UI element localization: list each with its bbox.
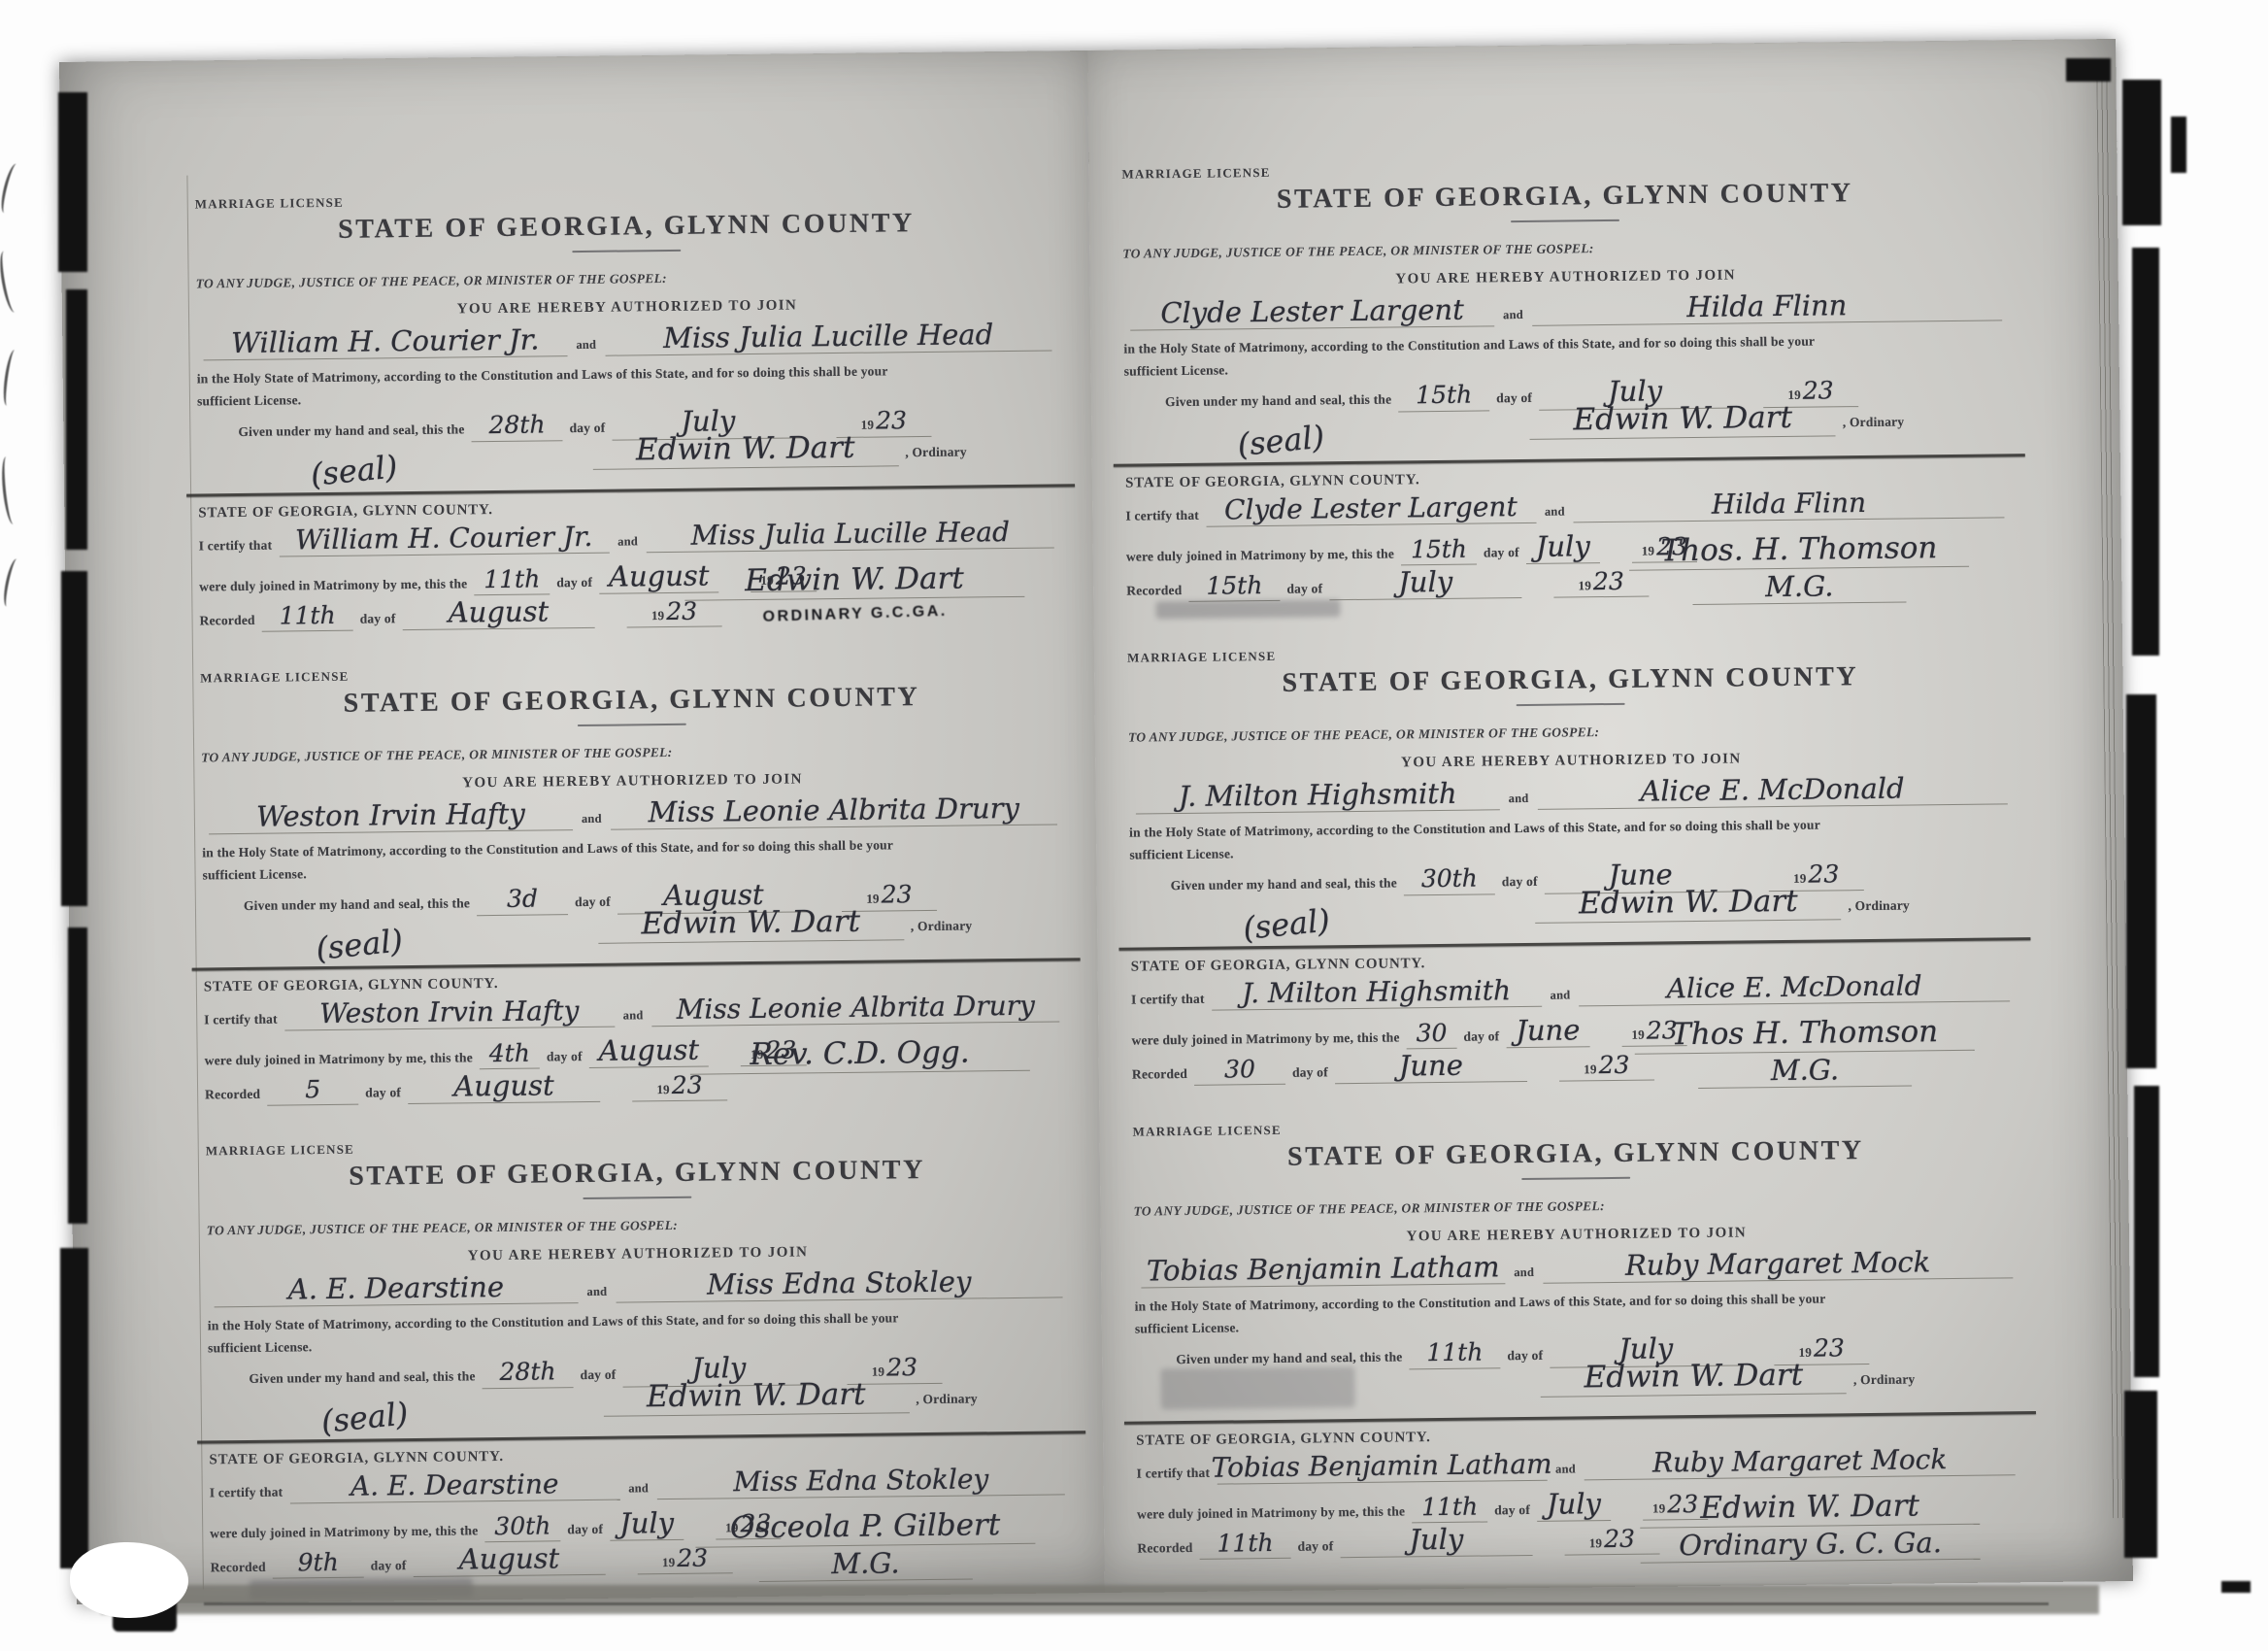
and-label: and: [1509, 792, 1529, 806]
certification-heading: STATE OF GEORGIA, GLYNN COUNTY.: [1136, 1430, 1431, 1449]
recorded-line: Recorded 30 day of June 1923: [1132, 1048, 1682, 1087]
cert-bride-name: Miss Julia Lucille Head: [690, 518, 1010, 550]
faded-stamp: [1160, 1366, 1354, 1409]
scanned-register-canvas: 282 283 MARRIAGE LICENSE STATE OF GEORGI…: [0, 0, 2268, 1651]
i-certify-label: I certify that: [1131, 992, 1205, 1008]
i-certify-label: I certify that: [199, 538, 273, 555]
officiant-signature-block: Thos H. Thomson M.G.: [1610, 1015, 2000, 1090]
marriage-month-blank: July: [1537, 1489, 1611, 1522]
groom-name-blank: J. Milton Highsmith: [1136, 778, 1500, 815]
groom-name-blank: William H. Courier Jr.: [203, 324, 567, 361]
scan-artifact: [0, 250, 21, 314]
ordinary-signature: Edwin W. Dart: [636, 432, 855, 466]
seal-mark: (seal): [315, 925, 405, 965]
scan-artifact: [61, 571, 87, 906]
recorded-day-blank: 15th: [1188, 573, 1280, 602]
cert-groom-blank: Tobias Benjamin Latham: [1217, 1450, 1547, 1485]
recorded-month: August: [453, 1070, 554, 1101]
license-day-blank: 3d: [477, 887, 568, 916]
state-heading: STATE OF GEORGIA, GLYNN COUNTY: [1122, 176, 2008, 217]
seal-mark: (seal): [1242, 904, 1332, 945]
groom-name: Tobias Benjamin Latham: [1147, 1252, 1500, 1286]
year-prefix: 19: [1584, 1061, 1597, 1077]
scan-artifact: [0, 162, 22, 215]
cert-groom-name: A. E. Dearstine: [350, 1469, 559, 1500]
addressee-line: TO ANY JUDGE, JUSTICE OF THE PEACE, OR M…: [207, 1213, 1069, 1238]
scan-artifact: [2134, 1086, 2159, 1377]
cert-bride-blank: Miss Julia Lucille Head: [647, 517, 1054, 553]
joined-label: were duly joined in Matrimony by me, thi…: [1137, 1503, 1405, 1522]
certify-line: I certify that J. Milton Highsmith and A…: [1131, 970, 2017, 1012]
officiant-blank: Edwin W. Dart: [684, 562, 1024, 601]
groom-name: Weston Irvin Hafty: [256, 799, 525, 832]
scan-artifact: [2124, 1391, 2157, 1558]
cert-bride-name: Alice E. McDonald: [1667, 971, 1922, 1002]
day-of-label: day of: [365, 1085, 401, 1100]
year-prefix: 19: [1579, 578, 1592, 593]
i-certify-label: I certify that: [204, 1012, 278, 1028]
joined-label: were duly joined in Matrimony by me, thi…: [1126, 546, 1394, 564]
officiant-signature: Rev. C.D. Ogg.: [750, 1036, 969, 1070]
marriage-day-blank: 30: [1406, 1021, 1456, 1050]
scan-artifact: [101, 1585, 2099, 1614]
groom-name: A. E. Dearstine: [288, 1272, 505, 1304]
given-under-label: Given under my hand and seal, this the: [244, 896, 470, 915]
seal-mark: (seal): [319, 1398, 410, 1438]
addressee-line: TO ANY JUDGE, JUSTICE OF THE PEACE, OR M…: [196, 266, 1058, 291]
groom-name-blank: A. E. Dearstine: [214, 1271, 578, 1308]
joined-label: were duly joined in Matrimony by me, thi…: [1131, 1029, 1399, 1048]
i-certify-label: I certify that: [1125, 508, 1199, 524]
ordinary-label: , Ordinary: [911, 918, 973, 934]
scan-artifact: [2171, 117, 2186, 173]
day-of-label: day of: [547, 1049, 583, 1064]
matrimony-clause: in the Holy State of Matrimony, accordin…: [1123, 332, 2009, 357]
officiant-title-blank: Ordinary G. C. Ga.: [1640, 1527, 1980, 1563]
state-heading: STATE OF GEORGIA, GLYNN COUNTY: [206, 1153, 1068, 1194]
license-day: 15th: [1416, 383, 1472, 409]
cert-groom-blank: A. E. Dearstine: [289, 1469, 619, 1504]
day-of-label: day of: [1286, 581, 1322, 596]
officiant-title-blank: M.G.: [1698, 1054, 1912, 1089]
license-day: 28th: [488, 413, 545, 439]
page-edge-lines: [2096, 68, 2126, 1518]
heading-flourish: [583, 1196, 691, 1199]
authorization-line: YOU ARE HEREBY AUTHORIZED TO JOIN: [196, 294, 1058, 320]
scan-artifact: [2132, 248, 2159, 656]
license-day-blank: 15th: [1398, 383, 1489, 412]
and-label: and: [576, 338, 596, 353]
recorded-month-blank: August: [413, 1543, 605, 1578]
cert-bride-blank: Hilda Flinn: [1573, 487, 2004, 522]
recorded-month-blank: July: [1340, 1524, 1532, 1559]
cert-groom-name: William H. Courier Jr.: [295, 522, 593, 555]
officiant-blank: Rev. C.D. Ogg.: [689, 1036, 1029, 1075]
bride-name-blank: Ruby Margaret Mock: [1543, 1246, 2014, 1284]
recorded-line: Recorded 9th day of August 1923: [210, 1541, 745, 1580]
cert-bride-blank: Alice E. McDonald: [1579, 970, 2010, 1006]
bride-name: Miss Julia Lucille Head: [663, 320, 993, 353]
marriage-month-blank: June: [1506, 1015, 1590, 1048]
certify-line: I certify that Clyde Lester Largent and …: [1125, 487, 2011, 528]
recorded-label: Recorded: [211, 1560, 266, 1576]
marriage-license-form: MARRIAGE LICENSE STATE OF GEORGIA, GLYNN…: [1121, 156, 2012, 634]
recorded-month: August: [449, 596, 550, 627]
couple-names-line: A. E. Dearstine and Miss Edna Stokley: [207, 1265, 1069, 1308]
cert-bride-name: Ruby Margaret Mock: [1652, 1445, 1948, 1477]
officiant-title-blank: M.G.: [758, 1547, 972, 1582]
recorded-label: Recorded: [1137, 1540, 1192, 1557]
day-of-label: day of: [360, 611, 396, 626]
scan-artifact: [0, 455, 20, 524]
ordinary-signature-line: Edwin W. Dart , Ordinary: [596, 1377, 978, 1416]
license-day-blank: 28th: [482, 1360, 573, 1389]
certify-line: I certify that Weston Irvin Hafty and Mi…: [204, 991, 1066, 1031]
recorded-month-blank: August: [408, 1070, 600, 1105]
couple-names-line: Tobias Benjamin Latham and Ruby Margaret…: [1134, 1246, 2019, 1289]
marriage-month-blank: July: [1526, 531, 1600, 564]
scan-artifact: [60, 1248, 88, 1568]
recorded-month: June: [1399, 1051, 1463, 1081]
license-day: 28th: [499, 1360, 555, 1386]
authorization-line: YOU ARE HEREBY AUTHORIZED TO JOIN: [207, 1241, 1069, 1267]
seal-mark: (seal): [1236, 421, 1326, 461]
recorded-line: Recorded 11th day of July 1923: [1137, 1522, 1686, 1561]
signature-blank: Edwin W. Dart: [603, 1378, 909, 1416]
license-day-blank: 28th: [471, 413, 562, 442]
bride-name: Miss Leonie Albrita Drury: [648, 793, 1019, 827]
officiant-blank: Thos H. Thomson: [1634, 1016, 1974, 1055]
marriage-day-blank: 30th: [484, 1513, 560, 1542]
cert-bride-name: Miss Leonie Albrita Drury: [677, 992, 1035, 1025]
i-certify-label: I certify that: [210, 1485, 283, 1501]
matrimony-clause: in the Holy State of Matrimony, accordin…: [1135, 1290, 2020, 1315]
license-day: 30th: [1421, 866, 1478, 893]
section-divider: [1124, 1411, 2036, 1425]
cert-groom-name: J. Milton Highsmith: [1242, 976, 1511, 1008]
recorded-line: Recorded 5 day of August 1923: [205, 1068, 740, 1107]
matrimony-clause: in the Holy State of Matrimony, accordin…: [1129, 816, 2015, 841]
day-of-label: day of: [567, 1522, 603, 1537]
certification-heading: STATE OF GEORGIA, GLYNN COUNTY.: [1125, 472, 1420, 491]
marriage-license-form: MARRIAGE LICENSE STATE OF GEORGIA, GLYNN…: [206, 1133, 1073, 1611]
given-under-label: Given under my hand and seal, this the: [1176, 1350, 1402, 1368]
ordinary-signature: Edwin W. Dart: [1573, 402, 1792, 436]
ordinary-signature-line: Edwin W. Dart , Ordinary: [1523, 401, 1905, 440]
marriage-day-blank: 15th: [1401, 537, 1477, 566]
ordinary-signature-line: Edwin W. Dart , Ordinary: [591, 904, 973, 943]
cert-groom-blank: Weston Irvin Hafty: [284, 996, 615, 1031]
recorded-label: Recorded: [205, 1087, 260, 1103]
scan-artifact: [1, 349, 20, 406]
authorization-line: YOU ARE HEREBY AUTHORIZED TO JOIN: [201, 768, 1063, 794]
groom-name: Clyde Lester Largent: [1160, 295, 1464, 328]
marriage-day: 30th: [494, 1513, 550, 1539]
heading-flourish: [1511, 219, 1619, 222]
signature-blank: Edwin W. Dart: [598, 905, 904, 943]
certification-heading: STATE OF GEORGIA, GLYNN COUNTY.: [204, 976, 499, 995]
scan-artifact: [70, 1542, 188, 1618]
addressee-line: TO ANY JUDGE, JUSTICE OF THE PEACE, OR M…: [201, 740, 1063, 765]
groom-name-blank: Tobias Benjamin Latham: [1141, 1252, 1505, 1289]
heading-flourish: [572, 250, 681, 253]
state-heading: STATE OF GEORGIA, GLYNN COUNTY: [1133, 1133, 2018, 1174]
bride-name: Hilda Flinn: [1686, 290, 1847, 321]
recorded-day: 11th: [280, 603, 336, 629]
bride-name: Miss Edna Stokley: [707, 1266, 972, 1299]
certify-line: I certify that A. E. Dearstine and Miss …: [210, 1464, 1072, 1504]
officiant-blank: Thos. H. Thomson: [1629, 532, 1969, 571]
state-heading: STATE OF GEORGIA, GLYNN COUNTY: [1127, 659, 2013, 700]
marriage-month: June: [1516, 1015, 1580, 1045]
marriage-day-blank: 4th: [480, 1041, 540, 1070]
ordinary-label: , Ordinary: [905, 444, 967, 460]
authorization-line: YOU ARE HEREBY AUTHORIZED TO JOIN: [1134, 1222, 2019, 1248]
bride-name-blank: Miss Leonie Albrita Drury: [610, 792, 1057, 830]
joined-line: were duly joined in Matrimony by me, thi…: [1137, 1488, 1686, 1527]
marriage-day-blank: 11th: [1412, 1494, 1487, 1523]
bride-name-blank: Miss Edna Stokley: [616, 1265, 1063, 1303]
officiant-signature: Edwin W. Dart: [745, 563, 964, 597]
officiant-signature: Thos H. Thomson: [1671, 1016, 1938, 1051]
given-under-label: Given under my hand and seal, this the: [249, 1369, 475, 1388]
day-of-label: day of: [371, 1558, 407, 1573]
ordinary-label: , Ordinary: [1848, 898, 1910, 915]
ordinary-label: , Ordinary: [1843, 415, 1905, 431]
cert-groom-name: Weston Irvin Hafty: [319, 996, 580, 1028]
scan-artifact: [2126, 694, 2156, 1068]
year-prefix: 19: [1589, 1535, 1603, 1551]
recorded-month: August: [459, 1543, 560, 1574]
ordinary-signature-line: Edwin W. Dart , Ordinary: [1528, 885, 1910, 924]
ordinary-signature-line: Edwin W. Dart , Ordinary: [585, 430, 967, 469]
ordinary-label: , Ordinary: [1853, 1371, 1916, 1388]
marriage-month: July: [1536, 531, 1590, 561]
couple-names-line: Clyde Lester Largent and Hilda Flinn: [1123, 288, 2009, 331]
officiant-blank: Edwin W. Dart: [1640, 1490, 1980, 1529]
officiant-signature-block: Osceola P. Gilbert M.G.: [676, 1509, 1056, 1583]
i-certify-label: I certify that: [1137, 1466, 1211, 1482]
joined-line: were duly joined in Matrimony by me, thi…: [1131, 1014, 1681, 1053]
and-label: and: [582, 812, 602, 826]
scan-artifact: [66, 289, 87, 550]
signature-blank: Edwin W. Dart: [1541, 1359, 1847, 1397]
and-label: and: [1545, 505, 1565, 520]
matrimony-clause: in the Holy State of Matrimony, accordin…: [208, 1309, 1070, 1334]
recorded-label: Recorded: [200, 613, 255, 629]
faded-stamp: [1155, 599, 1340, 619]
recorded-month: July: [1398, 567, 1452, 597]
marriage-license-form: MARRIAGE LICENSE STATE OF GEORGIA, GLYNN…: [200, 660, 1067, 1138]
joined-label: were duly joined in Matrimony by me, thi…: [210, 1523, 478, 1541]
marriage-license-form: MARRIAGE LICENSE STATE OF GEORGIA, GLYNN…: [1133, 1114, 2023, 1592]
recorded-line: Recorded 15th day of July 1923: [1126, 564, 1676, 603]
matrimony-clause: in the Holy State of Matrimony, accordin…: [202, 836, 1064, 861]
recorded-day-blank: 5: [267, 1077, 358, 1106]
scan-artifact: [68, 927, 87, 1224]
groom-name-blank: Clyde Lester Largent: [1130, 294, 1494, 331]
recorded-month-blank: July: [1329, 566, 1521, 601]
state-heading: STATE OF GEORGIA, GLYNN COUNTY: [200, 680, 1062, 721]
couple-names-line: William H. Courier Jr. and Miss Julia Lu…: [196, 319, 1058, 361]
scan-artifact: [2221, 1581, 2251, 1593]
page-left: MARRIAGE LICENSE STATE OF GEORGIA, GLYNN…: [59, 51, 1105, 1604]
cert-bride-blank: Miss Leonie Albrita Drury: [651, 991, 1059, 1027]
bride-name-blank: Alice E. McDonald: [1537, 772, 2008, 810]
and-label: and: [1503, 308, 1523, 322]
joined-label: were duly joined in Matrimony by me, thi…: [205, 1050, 473, 1068]
certification-heading: STATE OF GEORGIA, GLYNN COUNTY.: [209, 1449, 504, 1468]
recorded-year: 23: [672, 1073, 703, 1099]
officiant-title: Ordinary G. C. Ga.: [1679, 1528, 1942, 1561]
addressee-line: TO ANY JUDGE, JUSTICE OF THE PEACE, OR M…: [1122, 236, 2008, 261]
seal-mark: (seal): [309, 451, 399, 491]
recorded-day-blank: 11th: [261, 603, 352, 632]
day-of-label: day of: [1463, 1028, 1499, 1044]
license-day-blank: 11th: [1409, 1340, 1500, 1369]
addressee-line: TO ANY JUDGE, JUSTICE OF THE PEACE, OR M…: [1128, 720, 2014, 745]
officiant-signature-block: Edwin W. Dart Ordinary G. C. Ga.: [1615, 1489, 2005, 1564]
recorded-label: Recorded: [1132, 1066, 1187, 1083]
joined-line: were duly joined in Matrimony by me, thi…: [210, 1507, 745, 1546]
cert-groom-blank: Clyde Lester Largent: [1206, 492, 1536, 527]
book-spread: 282 283 MARRIAGE LICENSE STATE OF GEORGI…: [59, 39, 2133, 1604]
recorded-day-blank: 30: [1194, 1057, 1285, 1086]
matrimony-clause: in the Holy State of Matrimony, accordin…: [197, 362, 1059, 387]
officiant-signature: Thos. H. Thomson: [1660, 532, 1937, 567]
ordinary-signature: Edwin W. Dart: [1584, 1360, 1803, 1394]
certify-line: I certify that Tobias Benjamin Latham an…: [1136, 1444, 2021, 1486]
day-of-label: day of: [556, 575, 592, 590]
groom-name: J. Milton Highsmith: [1179, 779, 1457, 812]
officiant-blank: Osceola P. Gilbert: [695, 1509, 1035, 1548]
certify-line: I certify that William H. Courier Jr. an…: [198, 517, 1060, 557]
day-of-label: day of: [1297, 1538, 1333, 1554]
couple-names-line: Weston Irvin Hafty and Miss Leonie Albri…: [202, 792, 1064, 835]
day-of-label: day of: [1494, 1502, 1530, 1518]
and-label: and: [1555, 1462, 1576, 1476]
recorded-year-blank: 1923: [632, 1072, 727, 1101]
authorization-line: YOU ARE HEREBY AUTHORIZED TO JOIN: [1123, 264, 2009, 290]
joined-line: were duly joined in Matrimony by me, thi…: [199, 560, 734, 599]
signature-blank: Edwin W. Dart: [1530, 401, 1836, 439]
heading-flourish: [1521, 1177, 1630, 1180]
day-of-label: day of: [1292, 1064, 1328, 1080]
and-label: and: [617, 534, 638, 549]
marriage-day: 11th: [484, 566, 540, 592]
marriage-day: 30: [1416, 1021, 1447, 1047]
license-day-blank: 30th: [1404, 866, 1495, 895]
license-day: 11th: [1426, 1340, 1483, 1366]
recorded-day: 5: [305, 1077, 320, 1102]
marriage-month: July: [619, 1508, 674, 1538]
scan-artifact: [1, 557, 22, 607]
page-right: MARRIAGE LICENSE STATE OF GEORGIA, GLYNN…: [1087, 39, 2133, 1593]
cert-groom-blank: William H. Courier Jr.: [279, 522, 609, 557]
signature-blank: Edwin W. Dart: [592, 431, 898, 469]
and-label: and: [1551, 988, 1571, 1002]
ordinary-signature: Edwin W. Dart: [641, 906, 860, 940]
addressee-line: TO ANY JUDGE, JUSTICE OF THE PEACE, OR M…: [1133, 1194, 2018, 1219]
cert-bride-blank: Miss Edna Stokley: [657, 1464, 1065, 1499]
ordinary-label: , Ordinary: [916, 1391, 978, 1407]
heading-flourish: [1517, 703, 1625, 706]
and-label: and: [1514, 1265, 1534, 1280]
cert-bride-blank: Ruby Margaret Mock: [1584, 1444, 2016, 1480]
officiant-signature: Edwin W. Dart: [1700, 1490, 1919, 1524]
state-heading: STATE OF GEORGIA, GLYNN COUNTY: [195, 206, 1057, 247]
and-label: and: [586, 1285, 607, 1299]
authorization-line: YOU ARE HEREBY AUTHORIZED TO JOIN: [1128, 748, 2014, 774]
ordinary-signature: Edwin W. Dart: [1579, 886, 1798, 920]
scan-artifact: [2066, 58, 2111, 82]
marriage-license-form: MARRIAGE LICENSE STATE OF GEORGIA, GLYNN…: [195, 186, 1062, 664]
given-under-label: Given under my hand and seal, this the: [238, 422, 464, 441]
cert-groom-blank: J. Milton Highsmith: [1211, 976, 1541, 1011]
and-label: and: [623, 1008, 644, 1023]
year-prefix: 19: [656, 1082, 670, 1097]
joined-line: were duly joined in Matrimony by me, thi…: [204, 1034, 739, 1073]
ordinary-stamp: ORDINARY G.C.GA.: [762, 602, 948, 625]
bride-name: Alice E. McDonald: [1640, 774, 1905, 807]
recorded-day: 11th: [1217, 1531, 1273, 1557]
given-under-label: Given under my hand and seal, this the: [1171, 876, 1397, 894]
marriage-day-blank: 11th: [474, 566, 550, 595]
officiant-signature-block: Rev. C.D. Ogg.: [670, 1036, 1050, 1075]
cert-groom-name: Clyde Lester Largent: [1224, 492, 1518, 524]
bride-name-blank: Miss Julia Lucille Head: [605, 319, 1052, 356]
cert-bride-name: Hilda Flinn: [1712, 489, 1867, 519]
officiant-title: M.G.: [1765, 571, 1834, 601]
signature-blank: Edwin W. Dart: [1535, 885, 1841, 923]
officiant-title: M.G.: [1771, 1055, 1840, 1085]
officiant-signature-block: Thos. H. Thomson M.G.: [1604, 531, 1994, 606]
marriage-day: 11th: [1421, 1495, 1478, 1521]
ordinary-signature-line: Edwin W. Dart , Ordinary: [1534, 1358, 1916, 1397]
officiant-title: M.G.: [831, 1548, 900, 1578]
day-of-label: day of: [1484, 545, 1519, 560]
marriage-day: 15th: [1411, 537, 1467, 563]
bride-name-blank: Hilda Flinn: [1532, 288, 2003, 326]
recorded-line: Recorded 11th day of August 1923: [199, 594, 734, 633]
certification-heading: STATE OF GEORGIA, GLYNN COUNTY.: [198, 502, 493, 522]
recorded-month-blank: August: [402, 596, 594, 631]
recorded-day-blank: 11th: [1199, 1531, 1290, 1560]
marriage-license-form: MARRIAGE LICENSE STATE OF GEORGIA, GLYNN…: [1127, 640, 2018, 1118]
marriage-month: July: [1547, 1489, 1601, 1519]
recorded-day-blank: 9th: [273, 1550, 364, 1579]
recorded-month-blank: June: [1335, 1050, 1527, 1085]
year-prefix: 19: [651, 608, 665, 623]
certification-heading: STATE OF GEORGIA, GLYNN COUNTY.: [1131, 956, 1426, 975]
marriage-month-blank: July: [610, 1508, 684, 1541]
scan-artifact: [58, 92, 87, 272]
recorded-day: 9th: [298, 1550, 339, 1576]
license-day: 3d: [507, 887, 538, 913]
joined-label: were duly joined in Matrimony by me, thi…: [199, 576, 467, 594]
officiant-signature: Osceola P. Gilbert: [730, 1509, 1001, 1544]
ordinary-signature: Edwin W. Dart: [647, 1379, 866, 1413]
year-prefix: 19: [662, 1555, 676, 1570]
and-label: and: [628, 1481, 649, 1496]
given-under-label: Given under my hand and seal, this the: [1165, 392, 1391, 411]
scan-artifact: [2122, 80, 2161, 225]
bride-name: Ruby Margaret Mock: [1625, 1247, 1931, 1280]
groom-name-blank: Weston Irvin Hafty: [209, 798, 573, 835]
officiant-title-blank: M.G.: [1692, 570, 1906, 605]
officiant-signature-block: Edwin W. Dart ORDINARY G.C.GA.: [665, 562, 1045, 625]
scan-artifact: [204, 1602, 2049, 1605]
